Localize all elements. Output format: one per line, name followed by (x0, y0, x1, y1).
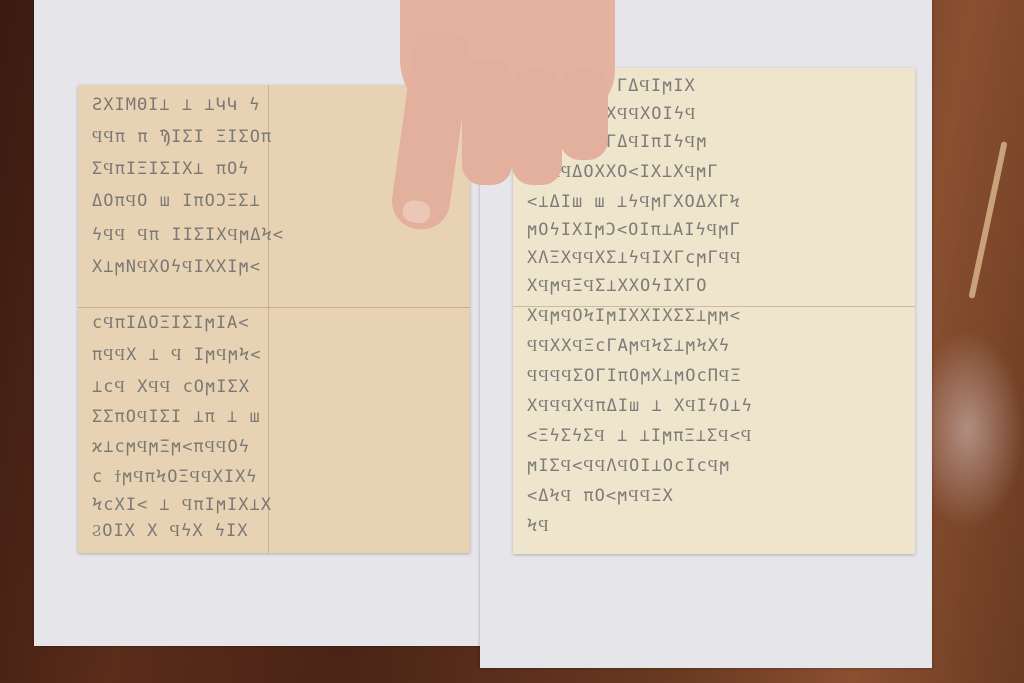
handwritten-line: ϞϲΧΙ< ⊥ ϤπΙϻΙΧ⊥Χ (92, 495, 456, 515)
handwritten-line: ϰ⊥ϲϻϤϻΞϻ<πϤϤΟϟ (92, 437, 456, 457)
finger (512, 70, 562, 185)
handwritten-line: <ΔϞϤ πΟ<ϻϤϤΞΧ (527, 486, 901, 506)
handwritten-line: ϲ ϯϻϤπϞΟΞϤϤΧΙΧϟ (92, 467, 456, 487)
handwritten-line: ΧϤϻϤΟϞΙϻΙΧΧΙΧΣΣ⊥ϻϻ< (527, 306, 901, 326)
handwritten-line: Χ⊥ϻΝϤΧΟϟϤΙΧΧΙϻ< (92, 257, 456, 277)
handwritten-line: ϞϤ (527, 516, 901, 536)
fingernail (401, 199, 432, 225)
handwritten-line: ϻΙΣϤ<ϤϤΛϤΟΙ⊥ΟϲΙϲϤϻ (527, 456, 901, 476)
handwritten-line: ⊥ϲϤ ΧϤϤ ϲΟϻΙΣΧ (92, 377, 456, 397)
handwritten-line: ΧϤϤϤΧϤπΔΙш ⊥ ΧϤΙϟΟ⊥ϟ (527, 396, 901, 416)
handwritten-line: ϤϤϤϤΣΟΓΙπΟϻΧ⊥ϻΟϲΠϤΞ (527, 366, 901, 386)
handwritten-line: ϨΟΙΧ Χ ϤϟΧ ϟΙΧ (92, 521, 456, 541)
pointing-hand (400, 0, 615, 230)
handwritten-line: ϤϤΧΧϤΞϲΓΑϻϤϞΣ⊥ϻϞΧϟ (527, 336, 901, 356)
finger (560, 70, 608, 160)
finger (462, 60, 512, 185)
handwritten-line: ΣΣπΟϤΙΣΙ ⊥π ⊥ ш (92, 407, 456, 427)
table-inlay (968, 141, 1007, 299)
handwritten-line: ΧΛΞΧϤϤΧΣ⊥ϟϤΙΧΓϲϻΓϤϤ (527, 248, 901, 268)
handwritten-line: <ΞϟΣϟΣϤ ⊥ ⊥ΙϻπΞ⊥ΣϤ<Ϥ (527, 426, 901, 446)
handwritten-line: ΧϤϻϤΞϤΣ⊥ΧΧΟϟΙΧΓΟ (527, 276, 901, 296)
table-glare (930, 330, 1024, 530)
handwritten-line: ϲϤπΙΔΟΞΙΣΙϻΙΑ< (92, 313, 456, 333)
handwritten-line: πϤϤΧ ⊥ Ϥ ΙϻϤϻϞ< (92, 345, 456, 365)
